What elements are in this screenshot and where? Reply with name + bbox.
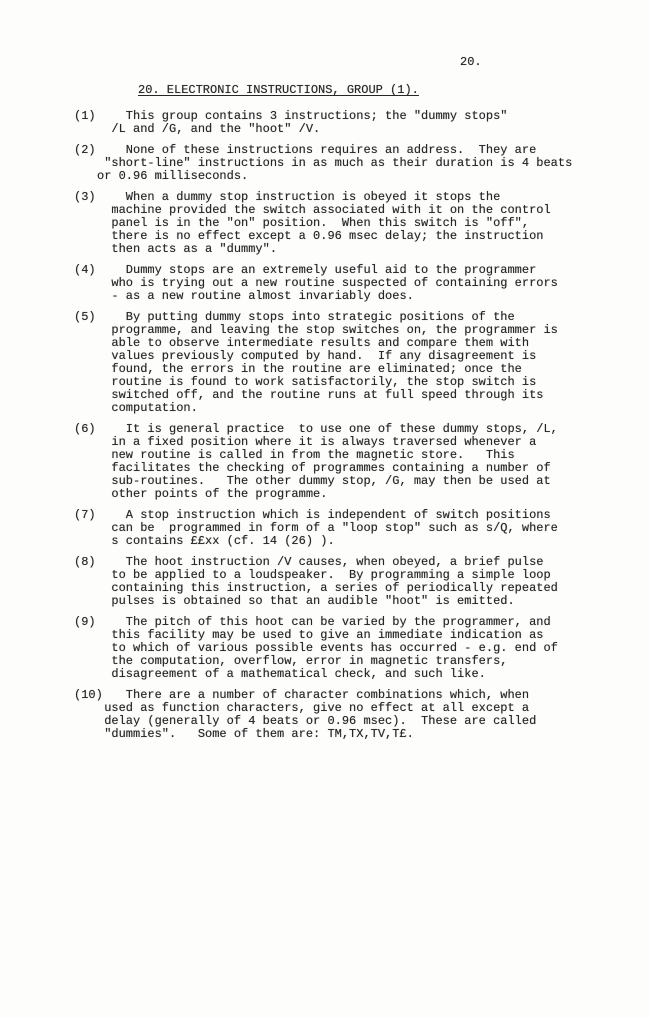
- page-number: 20.: [460, 56, 482, 69]
- paragraph-number: (5): [74, 311, 96, 324]
- paragraph-text: None of these instructions requires an a…: [97, 144, 627, 183]
- paragraph-text: A stop instruction which is independent …: [97, 509, 627, 548]
- numbered-paragraph: (1) This group contains 3 instructions; …: [97, 110, 627, 136]
- paragraph-number: (8): [74, 556, 96, 569]
- section-heading: 20. ELECTRONIC INSTRUCTIONS, GROUP (1).: [138, 84, 419, 97]
- paragraph-list: (1) This group contains 3 instructions; …: [97, 110, 627, 749]
- paragraph-text: When a dummy stop instruction is obeyed …: [97, 191, 627, 256]
- numbered-paragraph: (2) None of these instructions requires …: [97, 144, 627, 183]
- paragraph-text: There are a number of character combinat…: [97, 689, 627, 741]
- paragraph-number: (4): [74, 264, 96, 277]
- paragraph-number: (1): [74, 110, 96, 123]
- paragraph-number: (10): [74, 689, 103, 702]
- numbered-paragraph: (8) The hoot instruction /V causes, when…: [97, 556, 627, 608]
- paragraph-text: It is general practice to use one of the…: [97, 423, 627, 501]
- paragraph-number: (2): [74, 144, 96, 157]
- paragraph-number: (3): [74, 191, 96, 204]
- paragraph-number: (9): [74, 616, 96, 629]
- paragraph-number: (7): [74, 509, 96, 522]
- paragraph-text: This group contains 3 instructions; the …: [97, 110, 627, 136]
- scanned-document-page: 20. 20. ELECTRONIC INSTRUCTIONS, GROUP (…: [0, 0, 650, 1018]
- numbered-paragraph: (4) Dummy stops are an extremely useful …: [97, 264, 627, 303]
- paragraph-text: By putting dummy stops into strategic po…: [97, 311, 627, 415]
- numbered-paragraph: (3) When a dummy stop instruction is obe…: [97, 191, 627, 256]
- numbered-paragraph: (6) It is general practice to use one of…: [97, 423, 627, 501]
- numbered-paragraph: (5) By putting dummy stops into strategi…: [97, 311, 627, 415]
- numbered-paragraph: (9) The pitch of this hoot can be varied…: [97, 616, 627, 681]
- numbered-paragraph: (10) There are a number of character com…: [97, 689, 627, 741]
- paragraph-number: (6): [74, 423, 96, 436]
- paragraph-text: The pitch of this hoot can be varied by …: [97, 616, 627, 681]
- paragraph-text: The hoot instruction /V causes, when obe…: [97, 556, 627, 608]
- numbered-paragraph: (7) A stop instruction which is independ…: [97, 509, 627, 548]
- paragraph-text: Dummy stops are an extremely useful aid …: [97, 264, 627, 303]
